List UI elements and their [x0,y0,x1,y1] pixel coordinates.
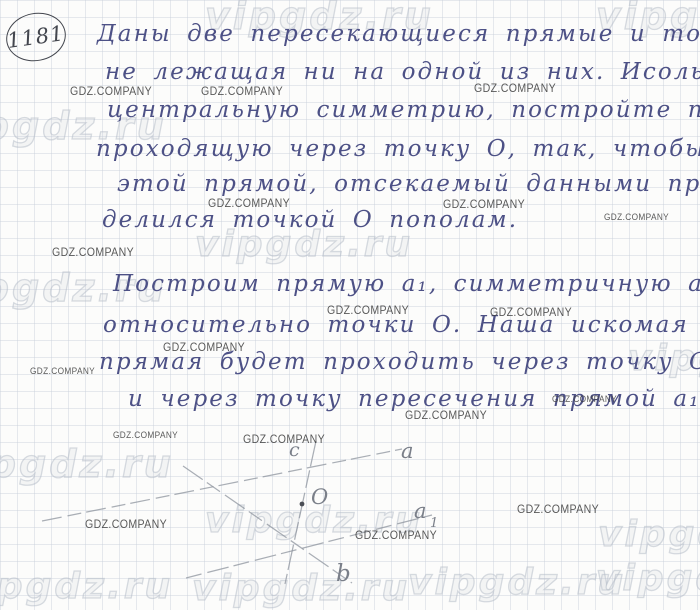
statement-line-5: этой прямой, отсекаемый данными прямыми [117,171,700,197]
gdz-company-watermark: GDZ.COMPANY [70,86,152,98]
label-line-a: a [401,439,414,463]
line-c [285,441,316,584]
label-line-a1: a [414,499,427,523]
statement-line-2: не лежащая ни на одной из них. Исользуя [105,59,700,85]
line-a1 [186,515,432,578]
problem-number: 1181 [6,21,66,53]
gdz-company-watermark: GDZ.COMPANY [52,247,134,259]
construction-line-1: Построим прямую а₁, симметричную а [113,271,700,297]
gdz-company-watermark: GDZ.COMPANY [490,307,572,319]
gdz-company-watermark: GDZ.COMPANY [85,519,167,531]
label-line-b: b [336,561,351,587]
gdz-company-watermark: GDZ.COMPANY [405,410,487,422]
statement-line-1: Даны две пересекающиеся прямые и точка О… [97,21,700,47]
gdz-company-watermark: GDZ.COMPANY [517,504,599,516]
gdz-company-watermark: GDZ.COMPANY [208,198,290,210]
page: vipgdz.ruvipgdz.ruvipgdz.ruvipgdz.ruvipg… [0,0,700,610]
label-point-o: O [311,485,328,509]
label-line-a1-subscript: 1 [430,516,438,531]
gdz-company-watermark: GDZ.COMPANY [327,305,409,317]
gdz-company-watermark: GDZ.COMPANY [355,530,437,542]
point-o-dot [300,502,305,507]
statement-line-4: проходящую через точку О, так, чтобы отр… [96,136,700,162]
gdz-company-watermark: GDZ.COMPANY [201,86,283,98]
figure-lines [42,441,432,584]
gdz-company-watermark: GDZ.COMPANY [243,434,325,446]
gdz-company-watermark: GDZ.COMPANY [552,394,617,404]
line-a [42,449,402,521]
gdz-company-watermark: GDZ.COMPANY [443,199,525,211]
gdz-company-watermark: GDZ.COMPANY [113,430,178,440]
gdz-company-watermark: GDZ.COMPANY [163,342,245,354]
gdz-company-watermark: GDZ.COMPANY [604,212,669,222]
line-b [183,466,352,583]
gdz-company-watermark: GDZ.COMPANY [474,83,556,95]
gdz-company-watermark: GDZ.COMPANY [30,366,95,376]
statement-line-3: центральную симметрию, постройте прямую [107,97,700,123]
